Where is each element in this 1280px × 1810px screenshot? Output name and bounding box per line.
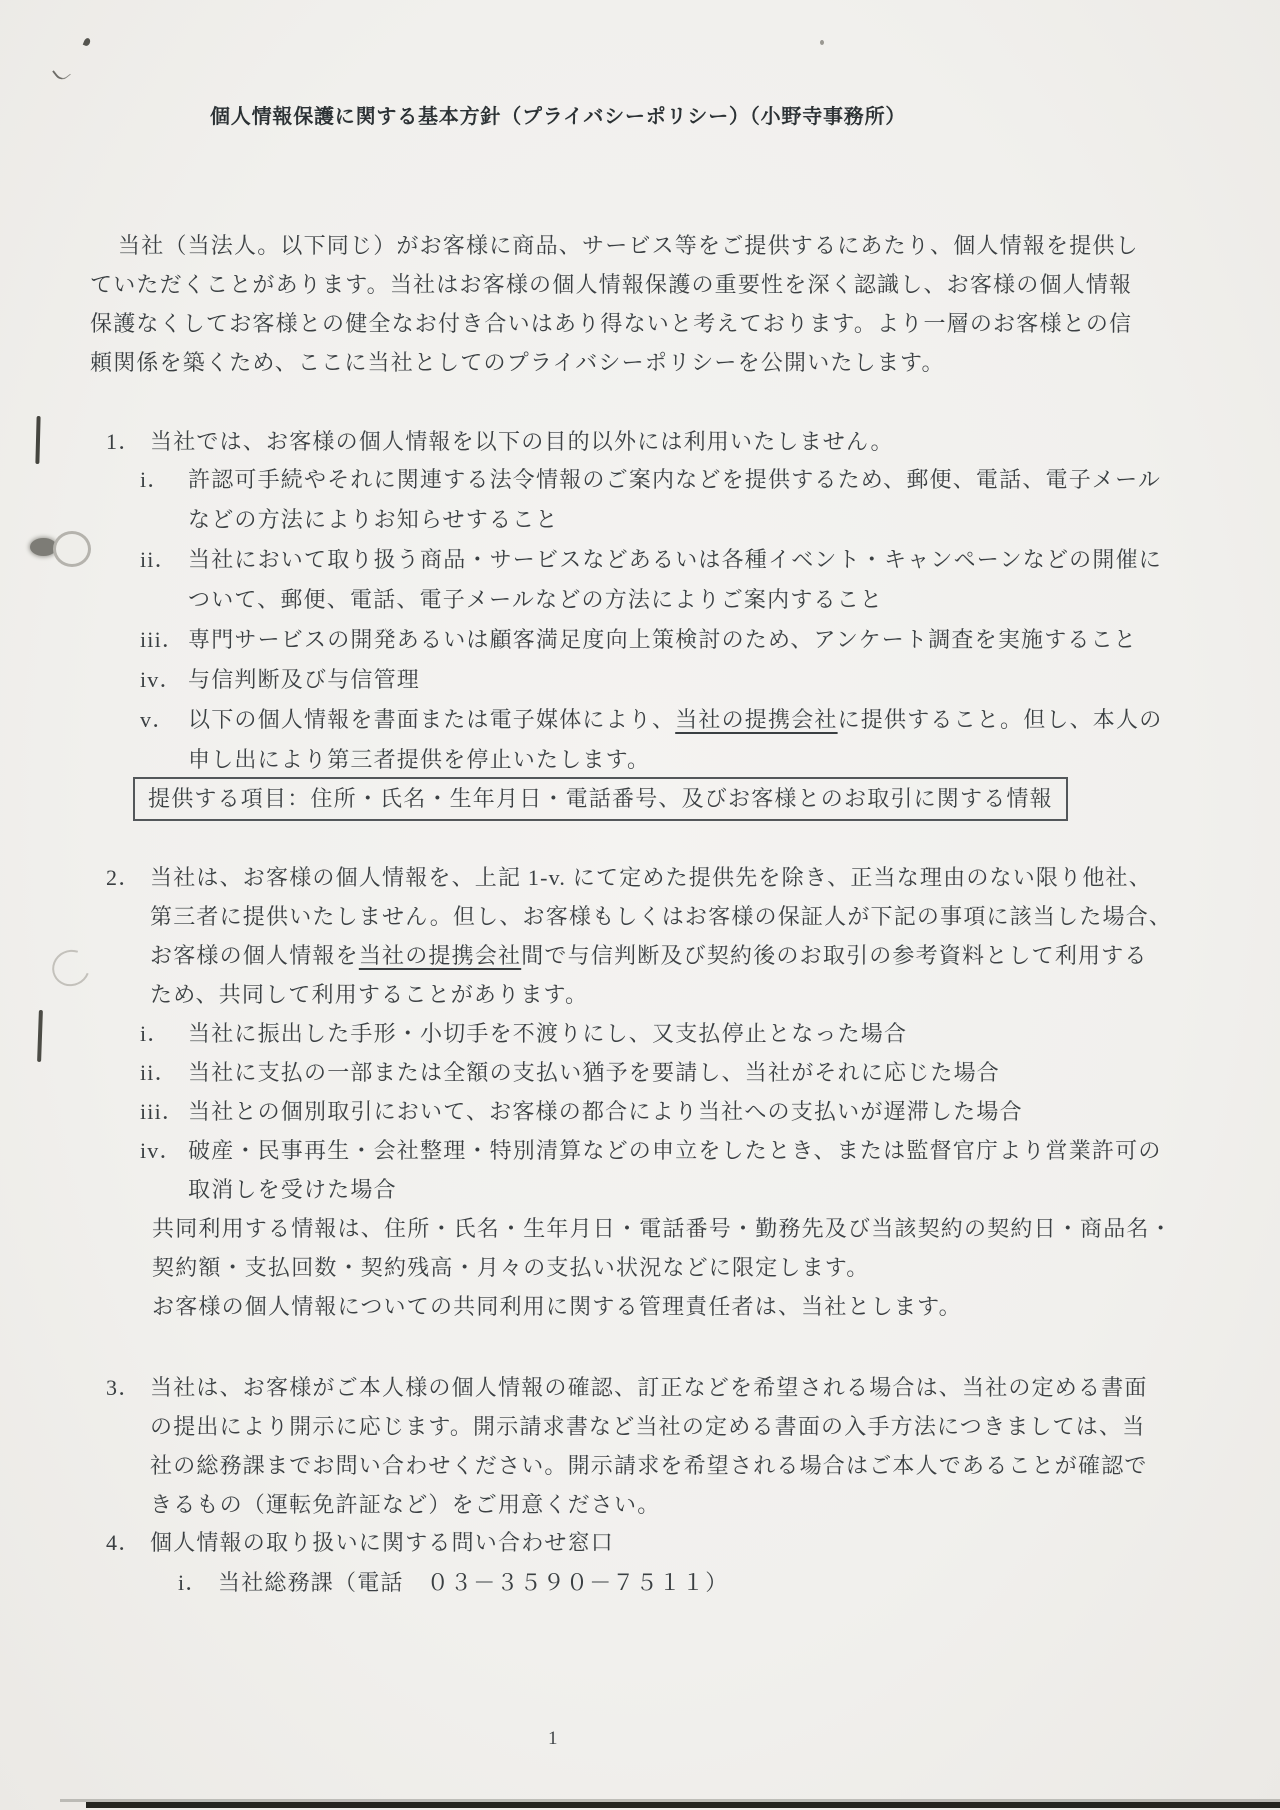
item-text: 破産・民事再生・会社整理・特別清算などの申立をしたとき、または監督官庁より営業許… (188, 1131, 1162, 1170)
section-heading-text: 第三者に提供いたしません。但し、お客様もしくはお客様の保証人が下記の事項に該当し… (150, 897, 1172, 936)
section-3: 3． 当社は、お客様がご本人様の個人情報の確認、訂正などを希望される場合は、当社… (90, 1368, 1148, 1524)
hole-punch-faint-ring (46, 944, 96, 993)
section-1-heading: 1． 当社では、お客様の個人情報を以下の目的以外には利用いたしません。 (90, 422, 894, 461)
scan-speck (820, 40, 824, 45)
pen-mark-icon (83, 37, 92, 47)
item-text: 取消しを受けた場合 (188, 1170, 397, 1209)
list-item: ii． 当社において取り扱う商品・サービスなどあるいは各種イベント・キャンペーン… (90, 540, 1162, 580)
list-item-continuation: 取消しを受けた場合 (90, 1170, 1173, 1209)
shared-use-note: お客様の個人情報についての共同利用に関する管理責任者は、当社とします。 (90, 1287, 1173, 1326)
section-number: 1． (106, 422, 150, 461)
list-item: v． 以下の個人情報を書面または電子媒体により、当社の提携会社に提供すること。但… (90, 700, 1162, 740)
section-heading-text: 当社では、お客様の個人情報を以下の目的以外には利用いたしません。 (150, 422, 894, 461)
section-text: 社の総務課までお問い合わせください。開示請求を希望される場合はご本人であることが… (150, 1446, 1148, 1485)
scanned-document-page: 個人情報保護に関する基本方針（プライバシーポリシー）（小野寺事務所） 当社（当法… (0, 0, 1280, 1810)
hole-punch-mark (53, 531, 91, 567)
section-text: の提出により開示に応じます。開示請求書など当社の定める書面の入手方法につきまして… (150, 1407, 1145, 1446)
item-numeral: i． (178, 1563, 218, 1603)
item-numeral: ii． (140, 1053, 188, 1092)
item-text: 与信判断及び与信管理 (188, 660, 420, 700)
list-item: ii． 当社に支払の一部または全額の支払い猶予を要請し、当社がそれに応じた場合 (90, 1053, 1173, 1092)
item-text: 許認可手続やそれに関連する法令情報のご案内などを提供するため、郵便、電話、電子メ… (188, 460, 1161, 500)
pen-mark-icon (52, 63, 71, 82)
item-text: 当社に支払の一部または全額の支払い猶予を要請し、当社がそれに応じた場合 (188, 1053, 1000, 1092)
item-numeral: i． (140, 1014, 188, 1053)
item-text: 専門サービスの開発あるいは顧客満足度向上策検討のため、アンケート調査を実施するこ… (188, 620, 1137, 660)
item-text: 以下の個人情報を書面または電子媒体により、当社の提携会社に提供すること。但し、本… (188, 700, 1162, 740)
list-item: iii． 当社との個別取引において、お客様の都合により当社への支払いが遅滞した場… (90, 1092, 1173, 1131)
list-item: iv． 与信判断及び与信管理 (90, 660, 1162, 700)
list-item: i． 許認可手続やそれに関連する法令情報のご案内などを提供するため、郵便、電話、… (90, 460, 1162, 500)
section-text: きるもの（運転免許証など）をご用意ください。 (150, 1485, 660, 1524)
list-item: iii． 専門サービスの開発あるいは顧客満足度向上策検討のため、アンケート調査を… (90, 620, 1162, 660)
scan-edge-line (86, 1802, 1280, 1808)
section-heading-text: ため、共同して利用することがあります。 (150, 975, 588, 1014)
list-item: i． 当社に振出した手形・小切手を不渡りにし、又支払停止となった場合 (90, 1014, 1173, 1053)
item-numeral: iii． (140, 1092, 188, 1131)
item-numeral: i． (140, 460, 188, 500)
list-item-continuation: 申し出により第三者提供を停止いたします。 (90, 740, 1162, 780)
item-numeral: ii． (140, 540, 188, 580)
underlined-phrase: 当社の提携会社 (675, 707, 837, 732)
item-numeral: v． (140, 700, 188, 740)
section-heading-text: お客様の個人情報を当社の提携会社間で与信判断及び契約後のお取引の参考資料として利… (150, 936, 1148, 975)
list-item-continuation: ついて、郵便、電話、電子メールなどの方法によりご案内すること (90, 580, 1162, 620)
item-numeral: iv． (140, 1131, 188, 1170)
provided-items-text: 提供する項目：住所・氏名・生年月日・電話番号、及びお客様とのお取引に関する情報 (148, 786, 1053, 811)
list-item-continuation: などの方法によりお知らせすること (90, 500, 1162, 540)
staple-mark-top (35, 416, 40, 464)
shared-use-note: 共同利用する情報は、住所・氏名・生年月日・電話番号・勤務先及び当該契約の契約日・… (90, 1209, 1173, 1248)
item-text: 当社において取り扱う商品・サービスなどあるいは各種イベント・キャンペーンなどの開… (188, 540, 1162, 580)
item-numeral: iii． (140, 620, 188, 660)
section-number: 3． (106, 1368, 150, 1407)
item-text: 当社に振出した手形・小切手を不渡りにし、又支払停止となった場合 (188, 1014, 907, 1053)
provided-items-box: 提供する項目：住所・氏名・生年月日・電話番号、及びお客様とのお取引に関する情報 (133, 777, 1068, 821)
staple-mark-bottom (37, 1010, 43, 1062)
section-heading-text: 当社は、お客様の個人情報を、上記 1-v. にて定めた提供先を除き、正当な理由の… (150, 858, 1152, 897)
item-text: などの方法によりお知らせすること (188, 500, 559, 540)
section-1-list: i． 許認可手続やそれに関連する法令情報のご案内などを提供するため、郵便、電話、… (90, 460, 1162, 780)
section-number: 4． (106, 1523, 150, 1563)
item-text: 当社との個別取引において、お客様の都合により当社への支払いが遅滞した場合 (188, 1092, 1023, 1131)
underlined-phrase: 当社の提携会社 (359, 943, 521, 968)
item-text: 当社総務課（電話 ０３－３５９０－７５１１） (218, 1563, 728, 1603)
section-heading-text: 個人情報の取り扱いに関する問い合わせ窓口 (150, 1523, 614, 1563)
section-2: 2． 当社は、お客様の個人情報を、上記 1-v. にて定めた提供先を除き、正当な… (90, 858, 1173, 1326)
section-text: 当社は、お客様がご本人様の個人情報の確認、訂正などを希望される場合は、当社の定め… (150, 1368, 1148, 1407)
intro-line: 頼関係を築くため、ここに当社としてのプライバシーポリシーを公開いたします。 (90, 343, 1139, 382)
section-number: 2． (106, 858, 150, 897)
intro-paragraph: 当社（当法人。以下同じ）がお客様に商品、サービス等をご提供するにあたり、個人情報… (90, 226, 1139, 382)
item-numeral: iv． (140, 660, 188, 700)
item-text: 申し出により第三者提供を停止いたします。 (188, 740, 650, 780)
list-item: i． 当社総務課（電話 ０３－３５９０－７５１１） (90, 1563, 728, 1603)
page-number: 1 (548, 1728, 558, 1750)
document-title: 個人情報保護に関する基本方針（プライバシーポリシー）（小野寺事務所） (210, 100, 906, 129)
intro-line: 当社（当法人。以下同じ）がお客様に商品、サービス等をご提供するにあたり、個人情報… (90, 226, 1139, 265)
shared-use-note: 契約額・支払回数・契約残高・月々の支払い状況などに限定します。 (90, 1248, 1173, 1287)
list-item: iv． 破産・民事再生・会社整理・特別清算などの申立をしたとき、または監督官庁よ… (90, 1131, 1173, 1170)
intro-line: 保護なくしてお客様との健全なお付き合いはあり得ないと考えております。より一層のお… (90, 304, 1139, 343)
section-4: 4． 個人情報の取り扱いに関する問い合わせ窓口 i． 当社総務課（電話 ０３－３… (90, 1523, 728, 1603)
item-text: ついて、郵便、電話、電子メールなどの方法によりご案内すること (188, 580, 883, 620)
intro-line: ていただくことがあります。当社はお客様の個人情報保護の重要性を深く認識し、お客様… (90, 265, 1139, 304)
